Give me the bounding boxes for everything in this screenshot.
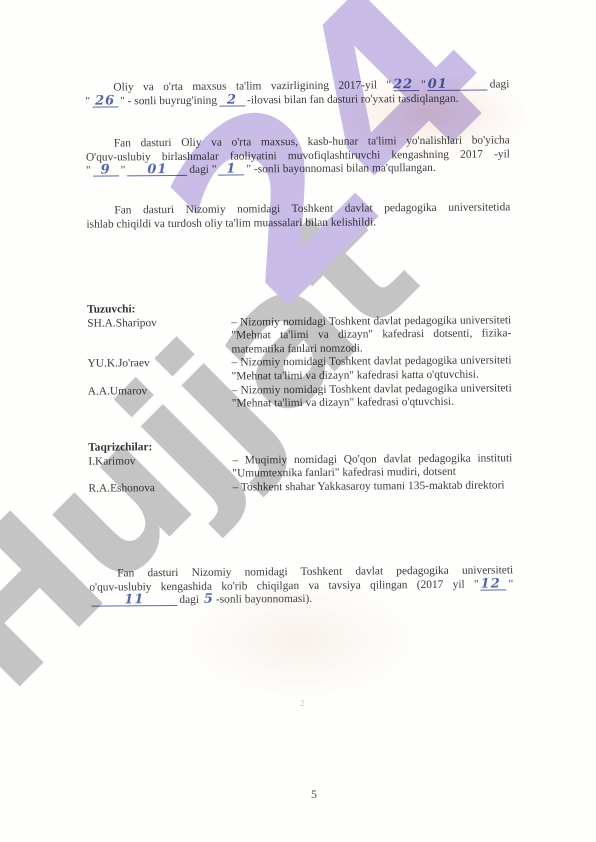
printed-text: o'quv-uslubiy kengashida ko'rib chiqilga…: [89, 578, 478, 593]
paragraph-recommendation: Fan dasturi Nizomiy nomidagi Toshkent da…: [89, 564, 513, 608]
compiler-row: YU.K.Jo'raev – Nizomiy nomidagi Toshkent…: [87, 355, 511, 386]
printed-text: dagi: [179, 594, 199, 606]
handwritten-protocol-number: 1: [218, 164, 244, 176]
printed-text: " - sonli buyrug'ining: [120, 94, 217, 107]
scanned-document-page: Oliy va o'rta maxsus ta'lim vazirliginin…: [0, 0, 596, 842]
handwritten-annex-number: 2: [219, 94, 245, 106]
handwritten-day: 22: [393, 79, 419, 91]
reviewer-description: – Toshkent shahar Yakkasaroy tumani 135-…: [232, 479, 512, 495]
printed-text: O'quv-uslubiy birlashmalar faoliyatini m…: [86, 148, 510, 163]
reviewer-name: I.Karimov: [88, 454, 232, 482]
compiler-name: SH.A.Sharipov: [87, 316, 231, 358]
compiler-name: A.A.Umarov: [88, 384, 232, 412]
reviewer-row: I.Karimov – Muqimiy nomidagi Qo'qon davl…: [88, 452, 512, 483]
handwritten-protocol-number: 5: [204, 594, 214, 605]
text-line: "26" - sonli buyrug'ining2-ilovasi bilan…: [85, 92, 509, 109]
compiler-description: – Nizomiy nomidagi Toshkent davlat pedag…: [231, 355, 511, 384]
reviewer-description: – Muqimiy nomidagi Qo'qon davlat pedagog…: [232, 452, 512, 481]
text-line: ishlab chiqildi va turdosh oliy ta'lim m…: [86, 215, 510, 232]
paragraph-council-approval: Fan dasturi Oliy va o'rta maxsus, kasb-h…: [86, 134, 510, 178]
compiler-row: SH.A.Sharipov – Nizomiy nomidagi Toshken…: [87, 314, 511, 358]
printed-text: ": [121, 165, 126, 177]
handwritten-order-number: 26: [92, 95, 118, 107]
printed-text: -sonli bayonnomasi).: [216, 593, 312, 606]
compiler-description: – Nizomiy nomidagi Toshkent davlat pedag…: [232, 382, 512, 411]
printed-text: ishlab chiqildi va turdosh oliy ta'lim m…: [86, 216, 376, 230]
reviewer-name: R.A.Eshonova: [88, 481, 232, 496]
handwritten-day: 12: [481, 578, 507, 590]
compiler-name: YU.K.Jo'raev: [87, 357, 231, 385]
paragraph-developed-at: Fan dasturi Nizomiy nomidagi Toshkent da…: [86, 201, 510, 232]
handwritten-day: 9: [93, 165, 119, 177]
document-content: Oliy va o'rta maxsus ta'lim vazirliginin…: [85, 0, 516, 842]
handwritten-month: 01: [428, 79, 488, 91]
printed-text: Fan dasturi Oliy va o'rta maxsus, kasb-h…: [114, 134, 510, 149]
printed-text: -ilovasi bilan fan dasturi ro'yxati tasd…: [247, 92, 459, 106]
compiler-description: – Nizomiy nomidagi Toshkent davlat pedag…: [231, 314, 511, 357]
printed-text: " -sonli bayonnomasi bilan ma'qullangan.: [246, 162, 435, 175]
printed-text: ": [421, 79, 426, 91]
reviewers-section: Taqrizchilar: I.Karimov – Muqimiy nomida…: [88, 438, 512, 496]
printed-text: Fan dasturi Nizomiy nomidagi Toshkent da…: [117, 564, 513, 579]
compiler-row: A.A.Umarov – Nizomiy nomidagi Toshkent d…: [88, 382, 512, 413]
printed-text: ": [86, 165, 91, 177]
printed-text: dagi: [490, 78, 510, 90]
compilers-section: Tuzuvchi: SH.A.Sharipov – Nizomiy nomida…: [87, 300, 512, 412]
printed-text: ": [509, 578, 514, 590]
printed-text: dagi ": [189, 164, 216, 176]
handwritten-month: 11: [91, 594, 177, 607]
printed-text: Oliy va o'rta maxsus ta'lim vazirliginin…: [113, 79, 391, 93]
text-line: "9"01dagi "1" -sonli bayonnomasi bilan m…: [86, 162, 510, 179]
reviewer-row: R.A.Eshonova – Toshkent shahar Yakkasaro…: [88, 479, 512, 496]
printed-text: ": [85, 95, 90, 107]
paragraph-ministry-approval: Oliy va o'rta maxsus ta'lim vazirliginin…: [85, 78, 509, 109]
text-line: 11dagi 5-sonli bayonnomasi).: [89, 592, 513, 609]
footer-page-number: 5: [0, 788, 596, 802]
faint-inner-page-number: 2: [90, 695, 514, 712]
printed-text: Fan dasturi Nizomiy nomidagi Toshkent da…: [114, 201, 510, 216]
handwritten-month: 01: [127, 164, 187, 176]
